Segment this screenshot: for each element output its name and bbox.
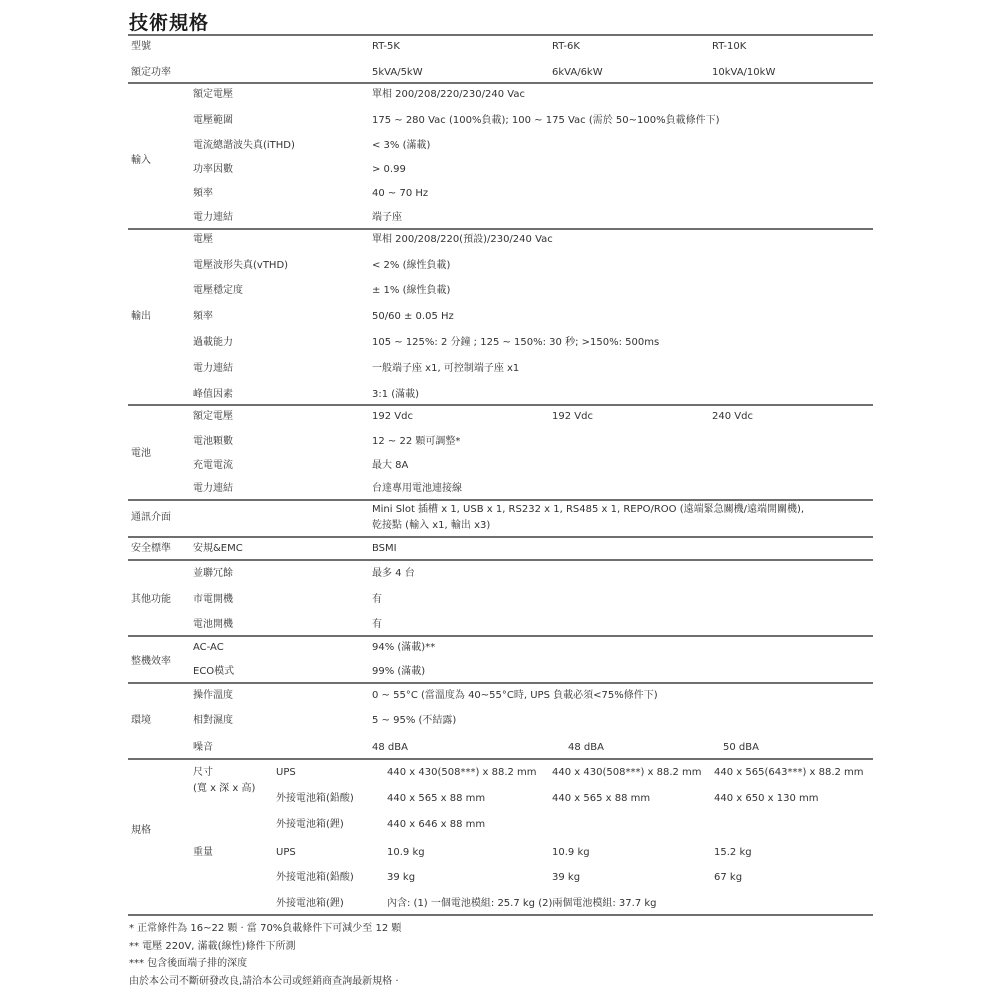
spec-value: 有 xyxy=(372,618,382,631)
spec-value: 單相 200/208/220(預設)/230/240 Vac xyxy=(372,233,553,246)
spec-value: 440 x 650 x 130 mm xyxy=(714,792,818,805)
spec-label: 市電開機 xyxy=(193,593,233,606)
spec-value: 10.9 kg xyxy=(387,846,425,859)
divider xyxy=(128,682,873,684)
spec-label: 充電電流 xyxy=(193,459,233,472)
spec-value: 440 x 565 x 88 mm xyxy=(387,792,485,805)
spec-label: 操作溫度 xyxy=(193,689,233,702)
spec-category: 規格 xyxy=(131,824,151,837)
footnote: ** 電壓 220V, 滿載(線性)條件下所測 xyxy=(129,940,295,953)
spec-label: 相對濕度 xyxy=(193,714,233,727)
power-rt5k: 5kVA/5kW xyxy=(372,66,423,79)
spec-value: < 3% (滿載) xyxy=(372,139,430,152)
divider xyxy=(128,914,873,916)
spec-value: 175 ~ 280 Vac (100%負載); 100 ~ 175 Vac (需… xyxy=(372,114,720,127)
efficiency-category: 整機效率 xyxy=(131,655,171,668)
model-rt5k: RT-5K xyxy=(372,40,400,53)
divider xyxy=(128,635,873,637)
divider xyxy=(128,82,873,84)
spec-label: 額定電壓 xyxy=(193,88,233,101)
spec-value: 192 Vdc xyxy=(372,410,413,423)
spec-label: UPS xyxy=(276,766,296,779)
spec-value: 48 dBA xyxy=(372,741,408,754)
footnote: *** 包含後面端子排的深度 xyxy=(129,957,247,970)
spec-label: 電壓穩定度 xyxy=(193,284,243,297)
spec-value: < 2% (線性負載) xyxy=(372,259,450,272)
spec-label: 過載能力 xyxy=(193,336,233,349)
power-rt10k: 10kVA/10kW xyxy=(712,66,775,79)
spec-value: 67 kg xyxy=(714,871,742,884)
model-label: 型號 xyxy=(131,40,151,53)
spec-value: 39 kg xyxy=(387,871,415,884)
spec-label: 電流總諧波失真(iTHD) xyxy=(193,139,295,152)
spec-label: 外接電池箱(鋰) xyxy=(276,818,344,831)
spec-value: 有 xyxy=(372,593,382,606)
weight-label: 重量 xyxy=(193,846,213,859)
model-rt10k: RT-10K xyxy=(712,40,746,53)
spec-label: 電力連結 xyxy=(193,482,233,495)
power-rt6k: 6kVA/6kW xyxy=(552,66,603,79)
spec-value: 台達專用電池連接線 xyxy=(372,482,462,495)
spec-value: 94% (滿載)** xyxy=(372,641,435,654)
spec-value: 440 x 430(508***) x 88.2 mm xyxy=(387,766,537,779)
spec-label: ECO模式 xyxy=(193,665,234,678)
spec-label: 電池開機 xyxy=(193,618,233,631)
spec-value: 5 ~ 95% (不結露) xyxy=(372,714,456,727)
spec-value: 440 x 565 x 88 mm xyxy=(552,792,650,805)
spec-label: 外接電池箱(鉛酸) xyxy=(276,871,354,884)
spec-value: BSMI xyxy=(372,542,397,555)
spec-value: 99% (滿載) xyxy=(372,665,425,678)
spec-value: 50 dBA xyxy=(723,741,759,754)
spec-label: 電壓 xyxy=(193,233,213,246)
model-rt6k: RT-6K xyxy=(552,40,580,53)
spec-label: 噪音 xyxy=(193,741,213,754)
spec-value: 240 Vdc xyxy=(712,410,753,423)
spec-label: AC-AC xyxy=(193,641,224,654)
divider xyxy=(128,758,873,760)
spec-label: 電池顆數 xyxy=(193,435,233,448)
spec-label: 頻率 xyxy=(193,187,213,200)
spec-value: 10.9 kg xyxy=(552,846,590,859)
power-label: 額定功率 xyxy=(131,66,171,79)
spec-value: > 0.99 xyxy=(372,163,406,176)
output-category: 輸出 xyxy=(131,310,151,323)
environment-category: 環境 xyxy=(131,714,151,727)
divider xyxy=(128,499,873,501)
spec-value: 50/60 ± 0.05 Hz xyxy=(372,310,454,323)
spec-value: 0 ~ 55°C (當溫度為 40~55°C時, UPS 負載必須<75%條件下… xyxy=(372,689,658,702)
divider xyxy=(128,228,873,230)
spec-label: 並聯冗餘 xyxy=(193,567,233,580)
spec-label: 電壓波形失真(vTHD) xyxy=(193,259,288,272)
spec-value: 40 ~ 70 Hz xyxy=(372,187,428,200)
divider xyxy=(128,404,873,406)
spec-value: 最大 8A xyxy=(372,459,408,472)
spec-value: 最多 4 台 xyxy=(372,567,415,580)
spec-value: 48 dBA xyxy=(568,741,604,754)
size-sublabel: (寬 x 深 x 高) xyxy=(193,782,255,795)
spec-value: 一般端子座 x1, 可控制端子座 x1 xyxy=(372,362,519,375)
spec-value: 192 Vdc xyxy=(552,410,593,423)
divider xyxy=(128,34,873,36)
spec-value: 端子座 xyxy=(372,211,402,224)
page-title: 技術規格 xyxy=(129,8,209,35)
spec-value: 39 kg xyxy=(552,871,580,884)
spec-value: 15.2 kg xyxy=(714,846,752,859)
input-category: 輸入 xyxy=(131,154,151,167)
spec-label: 額定電壓 xyxy=(193,410,233,423)
spec-value: Mini Slot 插槽 x 1, USB x 1, RS232 x 1, RS… xyxy=(372,503,804,516)
spec-label: 安規&EMC xyxy=(193,542,243,555)
spec-label: 電力連結 xyxy=(193,211,233,224)
spec-value: 內含: (1) 一個電池模組: 25.7 kg (2)兩個電池模組: 37.7 … xyxy=(387,897,657,910)
spec-label: 電力連結 xyxy=(193,362,233,375)
spec-value: 12 ~ 22 顆可調整* xyxy=(372,435,460,448)
spec-label: 功率因數 xyxy=(193,163,233,176)
spec-value: 440 x 565(643***) x 88.2 mm xyxy=(714,766,864,779)
comm-category: 通訊介面 xyxy=(131,511,171,524)
spec-label: 外接電池箱(鉛酸) xyxy=(276,792,354,805)
spec-label: 峰值因素 xyxy=(193,388,233,401)
battery-category: 電池 xyxy=(131,447,151,460)
spec-value: 440 x 430(508***) x 88.2 mm xyxy=(552,766,702,779)
spec-value: 105 ~ 125%: 2 分鐘 ; 125 ~ 150%: 30 秒; >15… xyxy=(372,336,659,349)
spec-label: UPS xyxy=(276,846,296,859)
spec-value: 440 x 646 x 88 mm xyxy=(387,818,485,831)
divider xyxy=(128,559,873,561)
spec-label: 頻率 xyxy=(193,310,213,323)
other-category: 其他功能 xyxy=(131,593,171,606)
spec-label: 外接電池箱(鋰) xyxy=(276,897,344,910)
footnote: * 正常條件為 16~22 顆 · 當 70%負載條件下可減少至 12 顆 xyxy=(129,922,401,935)
safety-category: 安全標準 xyxy=(131,542,171,555)
spec-value: 3:1 (滿載) xyxy=(372,388,419,401)
spec-value: 單相 200/208/220/230/240 Vac xyxy=(372,88,525,101)
spec-value: ± 1% (線性負載) xyxy=(372,284,450,297)
divider xyxy=(128,536,873,538)
spec-value: 乾接點 (輸入 x1, 輸出 x3) xyxy=(372,519,490,532)
disclaimer: 由於本公司不斷研發改良,請洽本公司或經銷商查詢最新規格 · xyxy=(129,975,399,988)
spec-label: 電壓範圍 xyxy=(193,114,233,127)
size-label: 尺寸 xyxy=(193,766,213,779)
